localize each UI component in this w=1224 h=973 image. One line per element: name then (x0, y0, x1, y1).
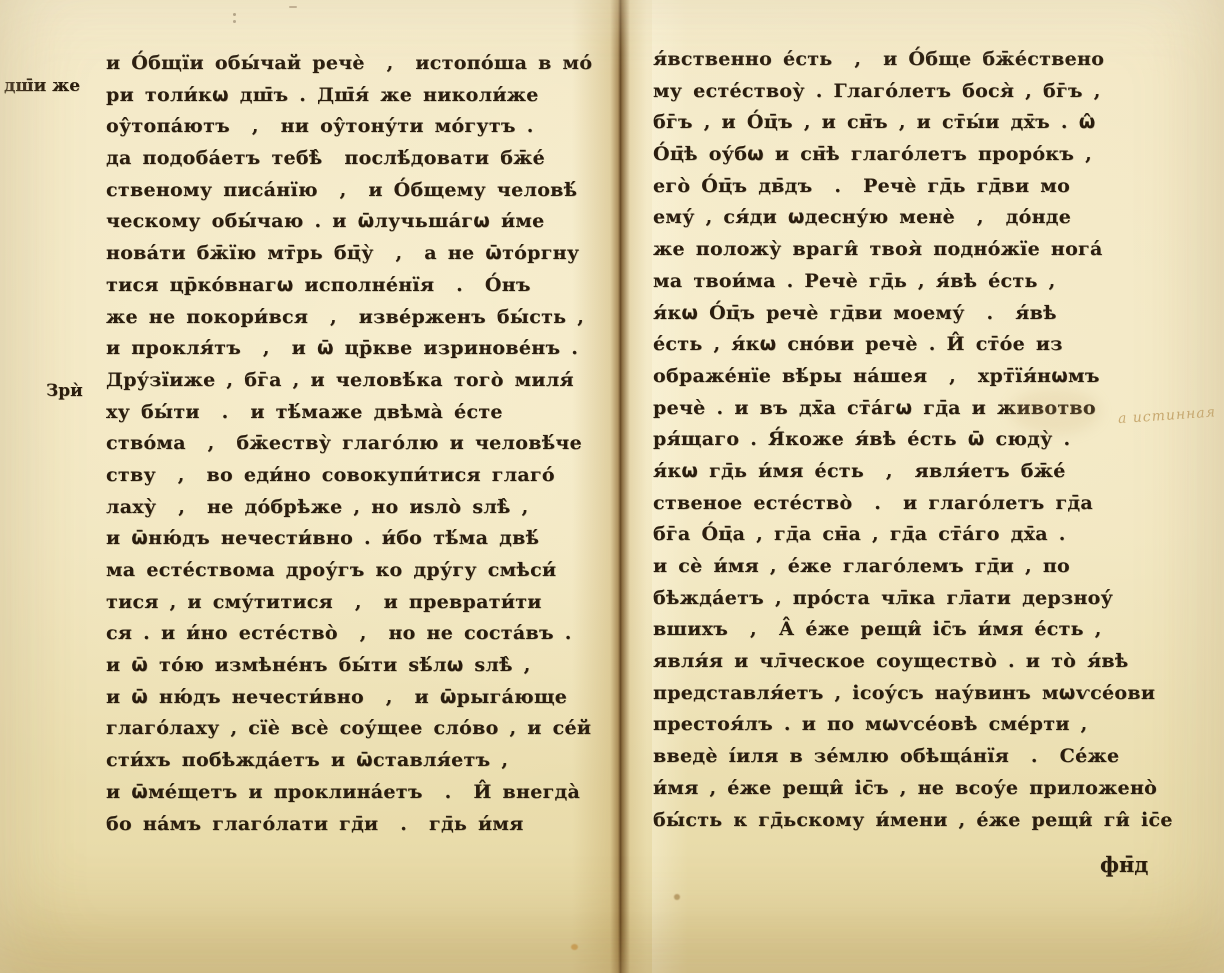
text-line: глаго́лаху , сїѐ всѐ соу́щее сло́во , и … (106, 713, 618, 745)
left-margin-note-dshi-zhe: дш̄и же (4, 76, 80, 96)
text-line: я́кѡ О́ц̄ъ речѐ гд̄ви моему́ . я́вѣ (653, 298, 1173, 330)
paper-stain (571, 944, 578, 950)
text-line: тися цр̄ко́внагѡ исполне́нїя . О́нъ (106, 270, 618, 302)
text-line: вшихъ , А̂ е́же рещи̂ іс̄ъ и́мя е́сть , (653, 614, 1173, 646)
text-line: е́сть , я́кѡ сно́ви речѐ . И̂ ст̄о́е из (653, 329, 1173, 361)
text-line: ху бы́ти . и тѣ́маже двѣма̀ е́сте (106, 397, 618, 429)
text-line: введѐ і́иля в зе́млю обѣща́нїя . Се́же (653, 741, 1173, 773)
text-line: я́вственно е́сть , и О́бще бж̄е́ствено (653, 44, 1173, 76)
text-line: бг̄ъ , и О́ц̄ъ , и сн̄ъ , и ст̄ы́и дх̄ъ … (653, 107, 1173, 139)
text-line: ству , во еди́но совокупи́тися глаго́ (106, 460, 618, 492)
text-line: и прокля́тъ , и ѡ̄ цр̄кве изринове́нъ . (106, 333, 618, 365)
text-line: ственому писа́нїю , и О́бщему человѣ́ (106, 175, 618, 207)
text-line: и сѐ и́мя , е́же глаго́лемъ гд̄и , по (653, 551, 1173, 583)
text-line: бѣжда́етъ , про́ста чл̄ка гл̄ати дерзноу… (653, 583, 1173, 615)
text-line: же не покори́вся , изве́рженъ бы́сть , (106, 302, 618, 334)
text-line: тися , и сму́титися , и преврати́ти (106, 587, 618, 619)
text-line: ческому обы́чаю . и ѡ̄лучьша́гѡ и́ме (106, 206, 618, 238)
text-line: О́ц̄ѣ оу́бѡ и сн̄ѣ глаго́летъ проро́къ , (653, 139, 1173, 171)
text-line: и ѡ̄ме́щетъ и проклина́етъ . И̂ внегда̀ (106, 777, 618, 809)
text-line: и ѡ̄ то́ю измѣне́нъ бы́ти ѕѣ́лѡ ѕлѣ̀ , (106, 650, 618, 682)
text-line: его̀ О́ц̄ъ дв̄дъ . Речѐ гд̄ь гд̄ви мо (653, 171, 1173, 203)
text-line: и́мя , е́же рещи̂ іс̄ъ , не всоу́е прило… (653, 773, 1173, 805)
left-page-text-block: и О́бщїи обы́чай речѐ , истопо́ша в мо́р… (106, 48, 618, 840)
text-line: бг̄а О́ц̄а , гд̄а сн̄а , гд̄а ст̄а́го дх… (653, 519, 1173, 551)
text-line: ся . и и́но есте́ство̀ , но не соста́въ … (106, 618, 618, 650)
text-line: ри толи́кѡ дш̄ъ . Дш̄я́ же николи́же (106, 80, 618, 112)
book-scan: и О́бщїи обы́чай речѐ , истопо́ша в мо́р… (0, 0, 1224, 973)
text-line: ственое есте́ство̀ . и глаго́летъ гд̄а (653, 488, 1173, 520)
text-line: да подоба́етъ тебѣ̀ послѣ́довати бж̄е́ (106, 143, 618, 175)
text-line: оу̂топа́ютъ , ни оу̂тону́ти мо́гутъ . (106, 111, 618, 143)
text-line: престоя́лъ . и по мѡѵсе́овѣ сме́рти , (653, 709, 1173, 741)
paper-stain (1010, 388, 1100, 434)
text-line: ря́щаго . Я́коже я́вѣ е́сть ѡ̄ сюду̀ . (653, 424, 1173, 456)
quire-signature-folio-number: фн̄д (1100, 852, 1148, 877)
text-line: ему́ , ся́ди ѡдесну́ю менѐ , до́нде (653, 202, 1173, 234)
text-line: ображе́нїе вѣ́ры на́шея , хрт̄їя́нѡмъ (653, 361, 1173, 393)
ink-speck (233, 13, 236, 16)
paper-stain (674, 894, 680, 900)
text-line: бы́сть к гд̄ьскому и́мени , е́же рещи̂ г… (653, 805, 1173, 837)
text-line: явля́я и чл̄ческое соущество̀ . и то̀ я́… (653, 646, 1173, 678)
right-page-text-block: я́вственно е́сть , и О́бще бж̄е́ственому… (653, 44, 1173, 836)
text-line: лаху̀ , не до́брѣже , но иѕло̀ ѕлѣ̀ , (106, 492, 618, 524)
text-line: ма твои́ма . Речѐ гд̄ь , я́вѣ е́сть , (653, 266, 1173, 298)
text-line: ма есте́ствома дроу́гъ ко дру́гу смѣси́ (106, 555, 618, 587)
text-line: и О́бщїи обы́чай речѐ , истопо́ша в мо́ (106, 48, 618, 80)
text-line: и ѡ̄ ню́дъ нечести́вно , и ѡ̄рыга́юще (106, 682, 618, 714)
text-line: представля́етъ , ісоу́съ нау́винъ мѡѵсе́… (653, 678, 1173, 710)
text-line: я́кѡ гд̄ь и́мя е́сть , явля́етъ бж̄е́ (653, 456, 1173, 488)
text-line: нова́ти бж̄їю мт̄рь бц̄у̀ , а не ѡ̄то́рг… (106, 238, 618, 270)
ink-speck (289, 6, 297, 8)
text-line: же положу̀ враги̂ твоя̀ подно́жїе нога́ (653, 234, 1173, 266)
text-line: и ѡ̄ню́дъ нечести́вно . и́бо тѣ́ма двѣ́ (106, 523, 618, 555)
text-line: бо на́мъ глаго́лати гд̄и . гд̄ь и́мя (106, 809, 618, 841)
left-margin-note-zri: Зрѝ (46, 381, 83, 401)
text-line: му есте́ствоу̀ . Глаго́летъ бося̀ , бг̄ъ… (653, 76, 1173, 108)
text-line: сти́хъ побѣжда́етъ и ѡ̄ставля́етъ , (106, 745, 618, 777)
text-line: ство́ма , бж̄еству̀ глаго́лю и человѣ́че (106, 428, 618, 460)
text-line: Дру́зїиже , бг̄а , и человѣ́ка того̀ мил… (106, 365, 618, 397)
